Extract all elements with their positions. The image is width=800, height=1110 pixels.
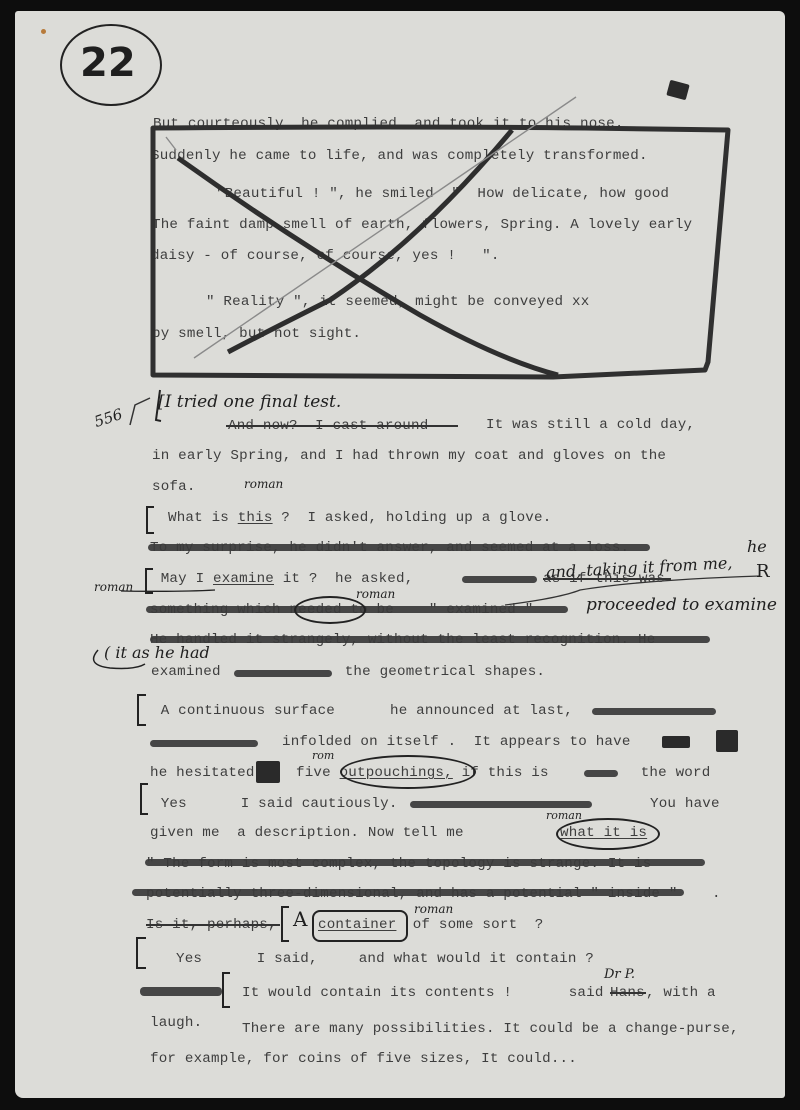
body-line: It would contain its contents ! [242,985,521,1001]
insert-proceeded: proceeded to examine [586,597,777,613]
body-line: You have [650,796,720,812]
body-line: May I examine it ? he asked, [152,571,413,587]
text-segment: he asked, [326,571,413,587]
deletion-mark [256,761,280,783]
body-line: and what would it contain ? [350,951,594,967]
strikethrough [132,889,684,896]
body-line: A continuous surface [152,703,344,719]
body-line: sofa. [152,479,196,495]
strikethrough [145,859,705,866]
text-segment: five [296,765,340,781]
strikethrough [146,924,280,926]
insert-it-as-he-had: ( it as he had [104,645,210,661]
body-line: said [560,985,612,1001]
body-line: the geometrical shapes. [336,664,545,680]
body-line: , with a [646,985,716,1001]
body-line: I said, [248,951,326,967]
paragraph-bracket [222,972,230,1008]
text-segment: given me [150,825,228,841]
deletion-mark [716,730,738,752]
underlined-word: this [238,510,273,526]
text-segment: A [293,911,307,927]
body-line: of some sort ? [404,917,543,933]
body-line: given me a description. Now tell me [150,825,472,841]
roman-mark: roman [546,808,582,824]
strikethrough [410,801,592,808]
body-line: in early Spring, and I had thrown my coa… [152,448,666,464]
body-line: laugh. [150,1015,202,1031]
deletion-mark [662,736,690,748]
body-line: It was still a cold day, [486,417,695,433]
underlined-word: container [318,917,396,933]
body-line: Yes [152,796,196,812]
body-line: There are many possibilities. It could b… [242,1021,739,1037]
strikethrough [592,708,716,715]
text-segment: What is [168,510,238,526]
text-segment: May I [152,571,213,587]
word-circle [340,755,476,789]
paragraph-bracket [137,694,146,726]
insert-he: he [747,539,767,555]
text-segment: Yes [152,796,196,812]
text-segment: it ? [274,571,326,587]
text-segment: he hesitated [150,765,255,781]
body-line: What is this ? I asked, holding up a glo… [168,510,551,526]
insert-R: R [756,564,770,580]
body-line: examined [151,664,221,680]
strikethrough [140,987,222,996]
strikethrough [150,636,710,643]
paragraph-bracket [146,506,154,534]
paragraph-bracket [136,937,146,969]
text-segment: I said cautiously. [232,796,398,812]
insert-annotation: [I tried one final test. [158,394,341,410]
strikethrough [226,425,458,427]
underlined-phrase: what it is [560,825,647,841]
body-line: he hesitated [150,765,255,781]
strikethrough [584,770,618,777]
strikethrough [234,670,332,677]
strikethrough [462,576,537,583]
body-line: Yes [176,951,211,967]
roman-mark: rom [312,748,334,764]
text-segment: I asked, holding up a glove. [299,510,552,526]
body-line: for example, for coins of five sizes, It… [150,1051,586,1067]
text-segment: ? [273,510,299,526]
roman-mark: roman [356,586,395,602]
strikethrough [610,992,646,994]
strikethrough [148,544,650,551]
insert-dr-p: Dr P. [604,967,635,983]
body-line: I said cautiously. [232,796,398,812]
underlined-word: examine [213,571,274,587]
roman-mark: roman [244,476,283,492]
body-line: the word [632,765,719,781]
paragraph-bracket [281,906,289,942]
body-line: . [712,886,721,902]
roman-mark: roman [414,901,453,917]
text-segment: I said, [248,951,326,967]
roman-mark: roman [94,579,133,595]
strikethrough [150,740,258,747]
body-line: he announced at last, [390,703,573,719]
paragraph-bracket [140,783,148,815]
text-segment: a description. Now tell me [228,825,472,841]
